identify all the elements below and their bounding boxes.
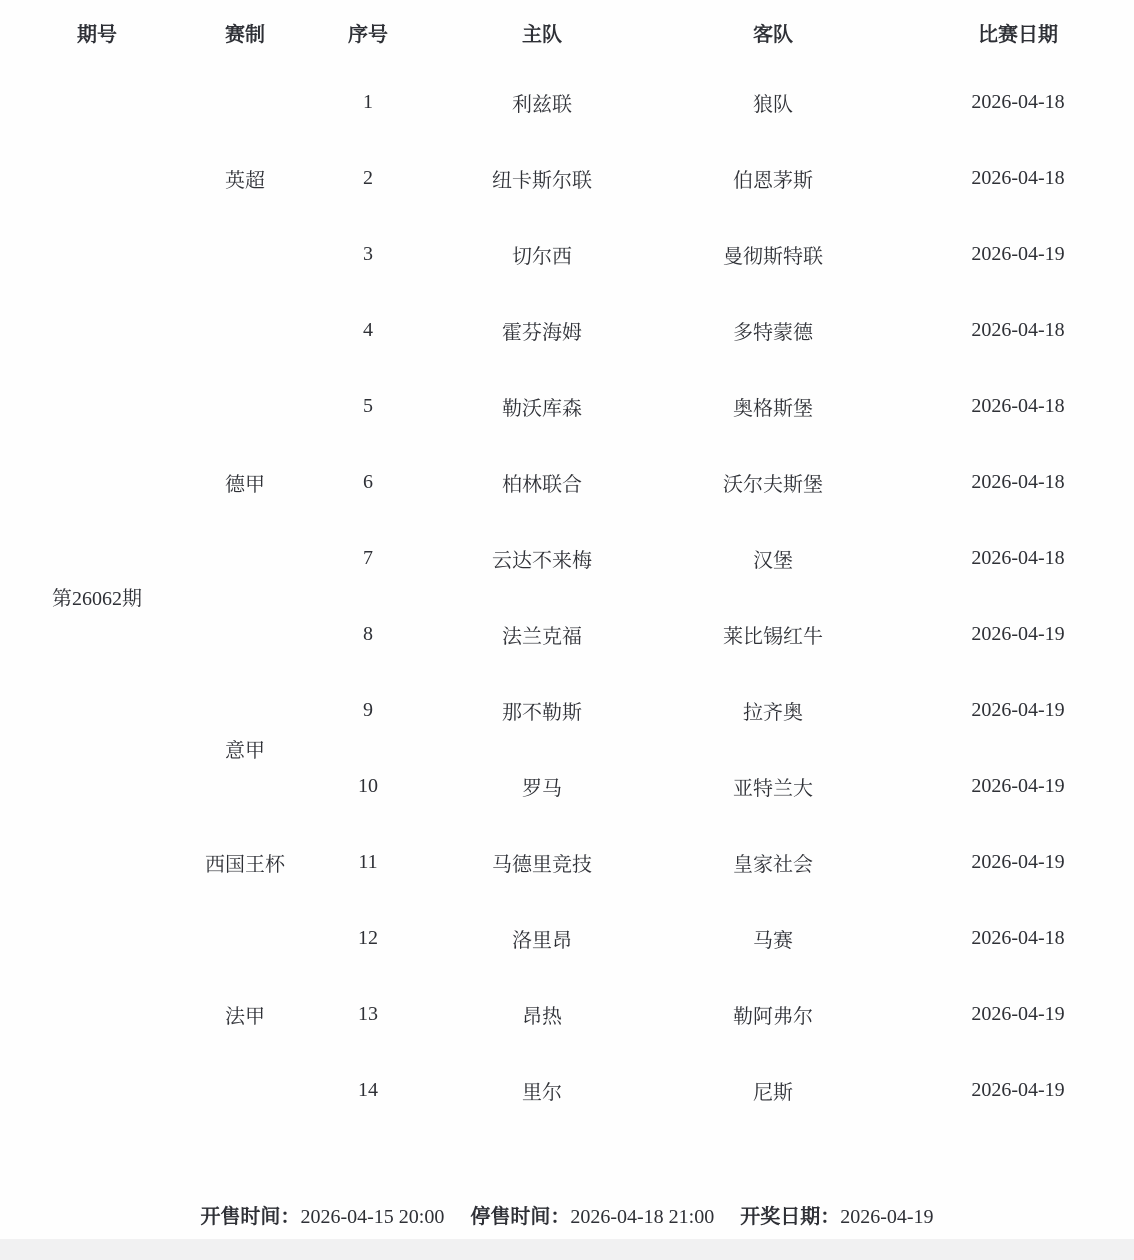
header-league: 赛制 bbox=[194, 0, 296, 64]
league-cell: 德甲 bbox=[194, 292, 296, 672]
table-header-row: 期号 赛制 序号 主队 客队 比赛日期 bbox=[0, 0, 1134, 64]
header-date: 比赛日期 bbox=[902, 0, 1134, 64]
sale-stop-label: 停售时间： bbox=[470, 1206, 570, 1228]
sale-start-info: 开售时间：2026-04-15 20:00 bbox=[200, 1204, 444, 1230]
away-team: 马赛 bbox=[644, 900, 902, 976]
match-no: 5 bbox=[296, 368, 440, 444]
sale-start-label: 开售时间： bbox=[200, 1206, 300, 1228]
match-date: 2026-04-19 bbox=[902, 824, 1134, 900]
away-team: 尼斯 bbox=[644, 1052, 902, 1128]
home-team: 云达不来梅 bbox=[440, 520, 644, 596]
match-schedule-table: 期号 赛制 序号 主队 客队 比赛日期 第26062期 英超 1 利兹联 狼队 … bbox=[0, 0, 1134, 1128]
away-team: 伯恩茅斯 bbox=[644, 140, 902, 216]
sale-stop-info: 停售时间：2026-04-18 21:00 bbox=[470, 1204, 714, 1230]
match-date: 2026-04-19 bbox=[902, 1052, 1134, 1128]
match-no: 4 bbox=[296, 292, 440, 368]
draw-date-info: 开奖日期：2026-04-19 bbox=[740, 1204, 933, 1230]
away-team: 皇家社会 bbox=[644, 824, 902, 900]
header-home: 主队 bbox=[440, 0, 644, 64]
sale-start-value: 2026-04-15 20:00 bbox=[300, 1206, 444, 1228]
home-team: 罗马 bbox=[440, 748, 644, 824]
home-team: 纽卡斯尔联 bbox=[440, 140, 644, 216]
match-date: 2026-04-19 bbox=[902, 748, 1134, 824]
match-no: 7 bbox=[296, 520, 440, 596]
sale-stop-value: 2026-04-18 21:00 bbox=[570, 1206, 714, 1228]
away-team: 曼彻斯特联 bbox=[644, 216, 902, 292]
match-no: 10 bbox=[296, 748, 440, 824]
bottom-divider-bar bbox=[0, 1239, 1134, 1260]
match-date: 2026-04-18 bbox=[902, 140, 1134, 216]
match-date: 2026-04-18 bbox=[902, 368, 1134, 444]
home-team: 切尔西 bbox=[440, 216, 644, 292]
period-cell: 第26062期 bbox=[0, 64, 194, 1128]
home-team: 洛里昂 bbox=[440, 900, 644, 976]
match-no: 1 bbox=[296, 64, 440, 140]
home-team: 马德里竞技 bbox=[440, 824, 644, 900]
match-date: 2026-04-18 bbox=[902, 520, 1134, 596]
header-away: 客队 bbox=[644, 0, 902, 64]
match-date: 2026-04-19 bbox=[902, 596, 1134, 672]
match-no: 13 bbox=[296, 976, 440, 1052]
match-date: 2026-04-18 bbox=[902, 444, 1134, 520]
league-cell: 意甲 bbox=[194, 672, 296, 824]
league-cell: 英超 bbox=[194, 64, 296, 292]
match-no: 8 bbox=[296, 596, 440, 672]
home-team: 昂热 bbox=[440, 976, 644, 1052]
league-cell: 法甲 bbox=[194, 900, 296, 1128]
home-team: 勒沃库森 bbox=[440, 368, 644, 444]
match-no: 6 bbox=[296, 444, 440, 520]
home-team: 霍芬海姆 bbox=[440, 292, 644, 368]
away-team: 拉齐奥 bbox=[644, 672, 902, 748]
away-team: 莱比锡红牛 bbox=[644, 596, 902, 672]
match-no: 9 bbox=[296, 672, 440, 748]
away-team: 汉堡 bbox=[644, 520, 902, 596]
match-date: 2026-04-18 bbox=[902, 900, 1134, 976]
match-no: 2 bbox=[296, 140, 440, 216]
away-team: 狼队 bbox=[644, 64, 902, 140]
home-team: 里尔 bbox=[440, 1052, 644, 1128]
home-team: 利兹联 bbox=[440, 64, 644, 140]
away-team: 多特蒙德 bbox=[644, 292, 902, 368]
match-date: 2026-04-19 bbox=[902, 216, 1134, 292]
home-team: 柏林联合 bbox=[440, 444, 644, 520]
home-team: 那不勒斯 bbox=[440, 672, 644, 748]
match-no: 3 bbox=[296, 216, 440, 292]
match-no: 11 bbox=[296, 824, 440, 900]
draw-date-value: 2026-04-19 bbox=[840, 1206, 933, 1228]
match-date: 2026-04-19 bbox=[902, 672, 1134, 748]
header-period: 期号 bbox=[0, 0, 194, 64]
away-team: 勒阿弗尔 bbox=[644, 976, 902, 1052]
away-team: 奥格斯堡 bbox=[644, 368, 902, 444]
league-cell: 西国王杯 bbox=[194, 824, 296, 900]
match-date: 2026-04-18 bbox=[902, 64, 1134, 140]
away-team: 亚特兰大 bbox=[644, 748, 902, 824]
draw-date-label: 开奖日期： bbox=[740, 1206, 840, 1228]
table-row: 第26062期 英超 1 利兹联 狼队 2026-04-18 bbox=[0, 64, 1134, 140]
away-team: 沃尔夫斯堡 bbox=[644, 444, 902, 520]
match-date: 2026-04-18 bbox=[902, 292, 1134, 368]
header-no: 序号 bbox=[296, 0, 440, 64]
home-team: 法兰克福 bbox=[440, 596, 644, 672]
sale-info-bar: 开售时间：2026-04-15 20:00停售时间：2026-04-18 21:… bbox=[0, 1204, 1134, 1230]
match-date: 2026-04-19 bbox=[902, 976, 1134, 1052]
match-no: 12 bbox=[296, 900, 440, 976]
match-no: 14 bbox=[296, 1052, 440, 1128]
